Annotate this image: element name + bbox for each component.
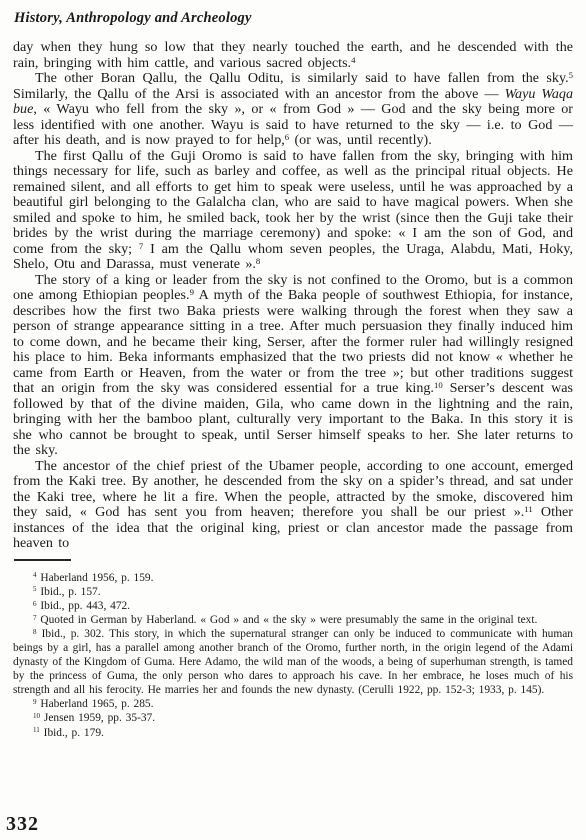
footnote-separator [14, 559, 71, 561]
footnote: 8 Ibid., p. 302. This story, in which th… [13, 627, 573, 697]
footnote: 10 Jensen 1959, pp. 35-37. [13, 711, 573, 725]
book-page: History, Anthropology and Archeology day… [0, 0, 586, 840]
footnote: 7 Quoted in German by Haberland. « God »… [13, 613, 573, 627]
footnote: 4 Haberland 1956, p. 159. [13, 571, 573, 585]
footnote: 6 Ibid., pp. 443, 472. [13, 599, 573, 613]
paragraph: The ancestor of the chief priest of the … [13, 459, 573, 552]
paragraph: The other Boran Qallu, the Qallu Oditu, … [13, 71, 573, 149]
page-number: 332 [6, 812, 573, 836]
paragraph: The first Qallu of the Guji Oromo is sai… [13, 149, 573, 273]
footnote: 5 Ibid., p. 157. [13, 585, 573, 599]
body-text: day when they hung so low that they near… [13, 40, 573, 552]
paragraph: The story of a king or leader from the s… [13, 273, 573, 459]
footnote: 9 Haberland 1965, p. 285. [13, 697, 573, 711]
running-header: History, Anthropology and Archeology [14, 9, 573, 27]
footnote: 11 Ibid., p. 179. [13, 726, 573, 740]
footnotes: 4 Haberland 1956, p. 159. 5 Ibid., p. 15… [13, 571, 573, 740]
paragraph: day when they hung so low that they near… [13, 40, 573, 71]
